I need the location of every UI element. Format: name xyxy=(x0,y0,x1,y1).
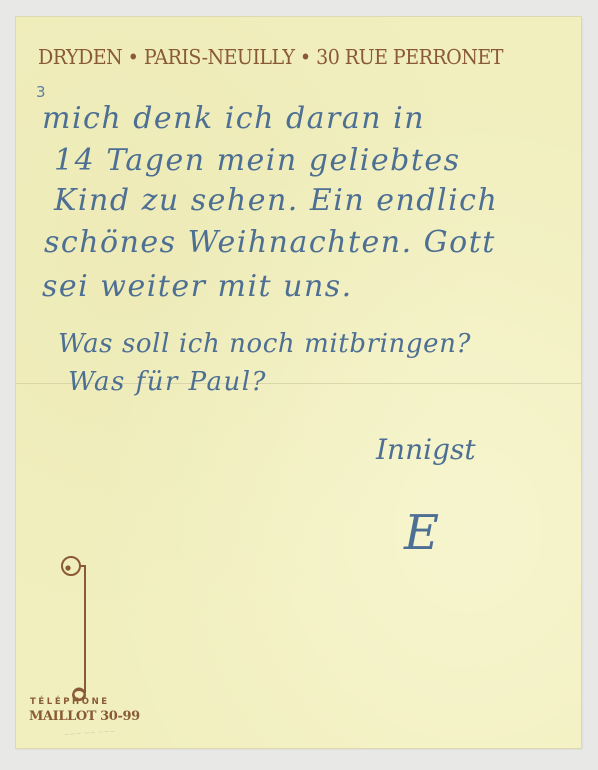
archival-pencil-note: ~~~ ~~ ~~~ xyxy=(64,727,116,739)
handwritten-line-3: Kind zu sehen. Ein endlich xyxy=(54,183,498,218)
handwritten-line-2: 14 Tagen mein geliebtes xyxy=(54,143,461,178)
letterhead: DRYDEN • PARIS-NEUILLY • 30 RUE PERRONET xyxy=(38,45,522,69)
document-viewer: DRYDEN • PARIS-NEUILLY • 30 RUE PERRONET… xyxy=(0,0,598,770)
closing-salutation: Innigst xyxy=(376,433,476,466)
handwritten-line-4: schönes Weihnachten. Gott xyxy=(44,225,496,260)
signature-initial: E xyxy=(404,505,439,561)
handwritten-line-5: sei weiter mit uns. xyxy=(42,269,353,304)
page-number: 3 xyxy=(36,83,46,101)
telephone-icon xyxy=(60,553,100,703)
telephone-number: MAILLOT 30-99 xyxy=(29,709,140,724)
handwritten-line-6: Was soll ich noch mitbringen? xyxy=(58,329,471,359)
letter-sheet: DRYDEN • PARIS-NEUILLY • 30 RUE PERRONET… xyxy=(16,17,581,748)
handwritten-line-1: mich denk ich daran in xyxy=(42,101,425,136)
telephone-label: TÉLÉPHONE xyxy=(30,697,110,707)
handwritten-line-7: Was für Paul? xyxy=(68,367,267,397)
